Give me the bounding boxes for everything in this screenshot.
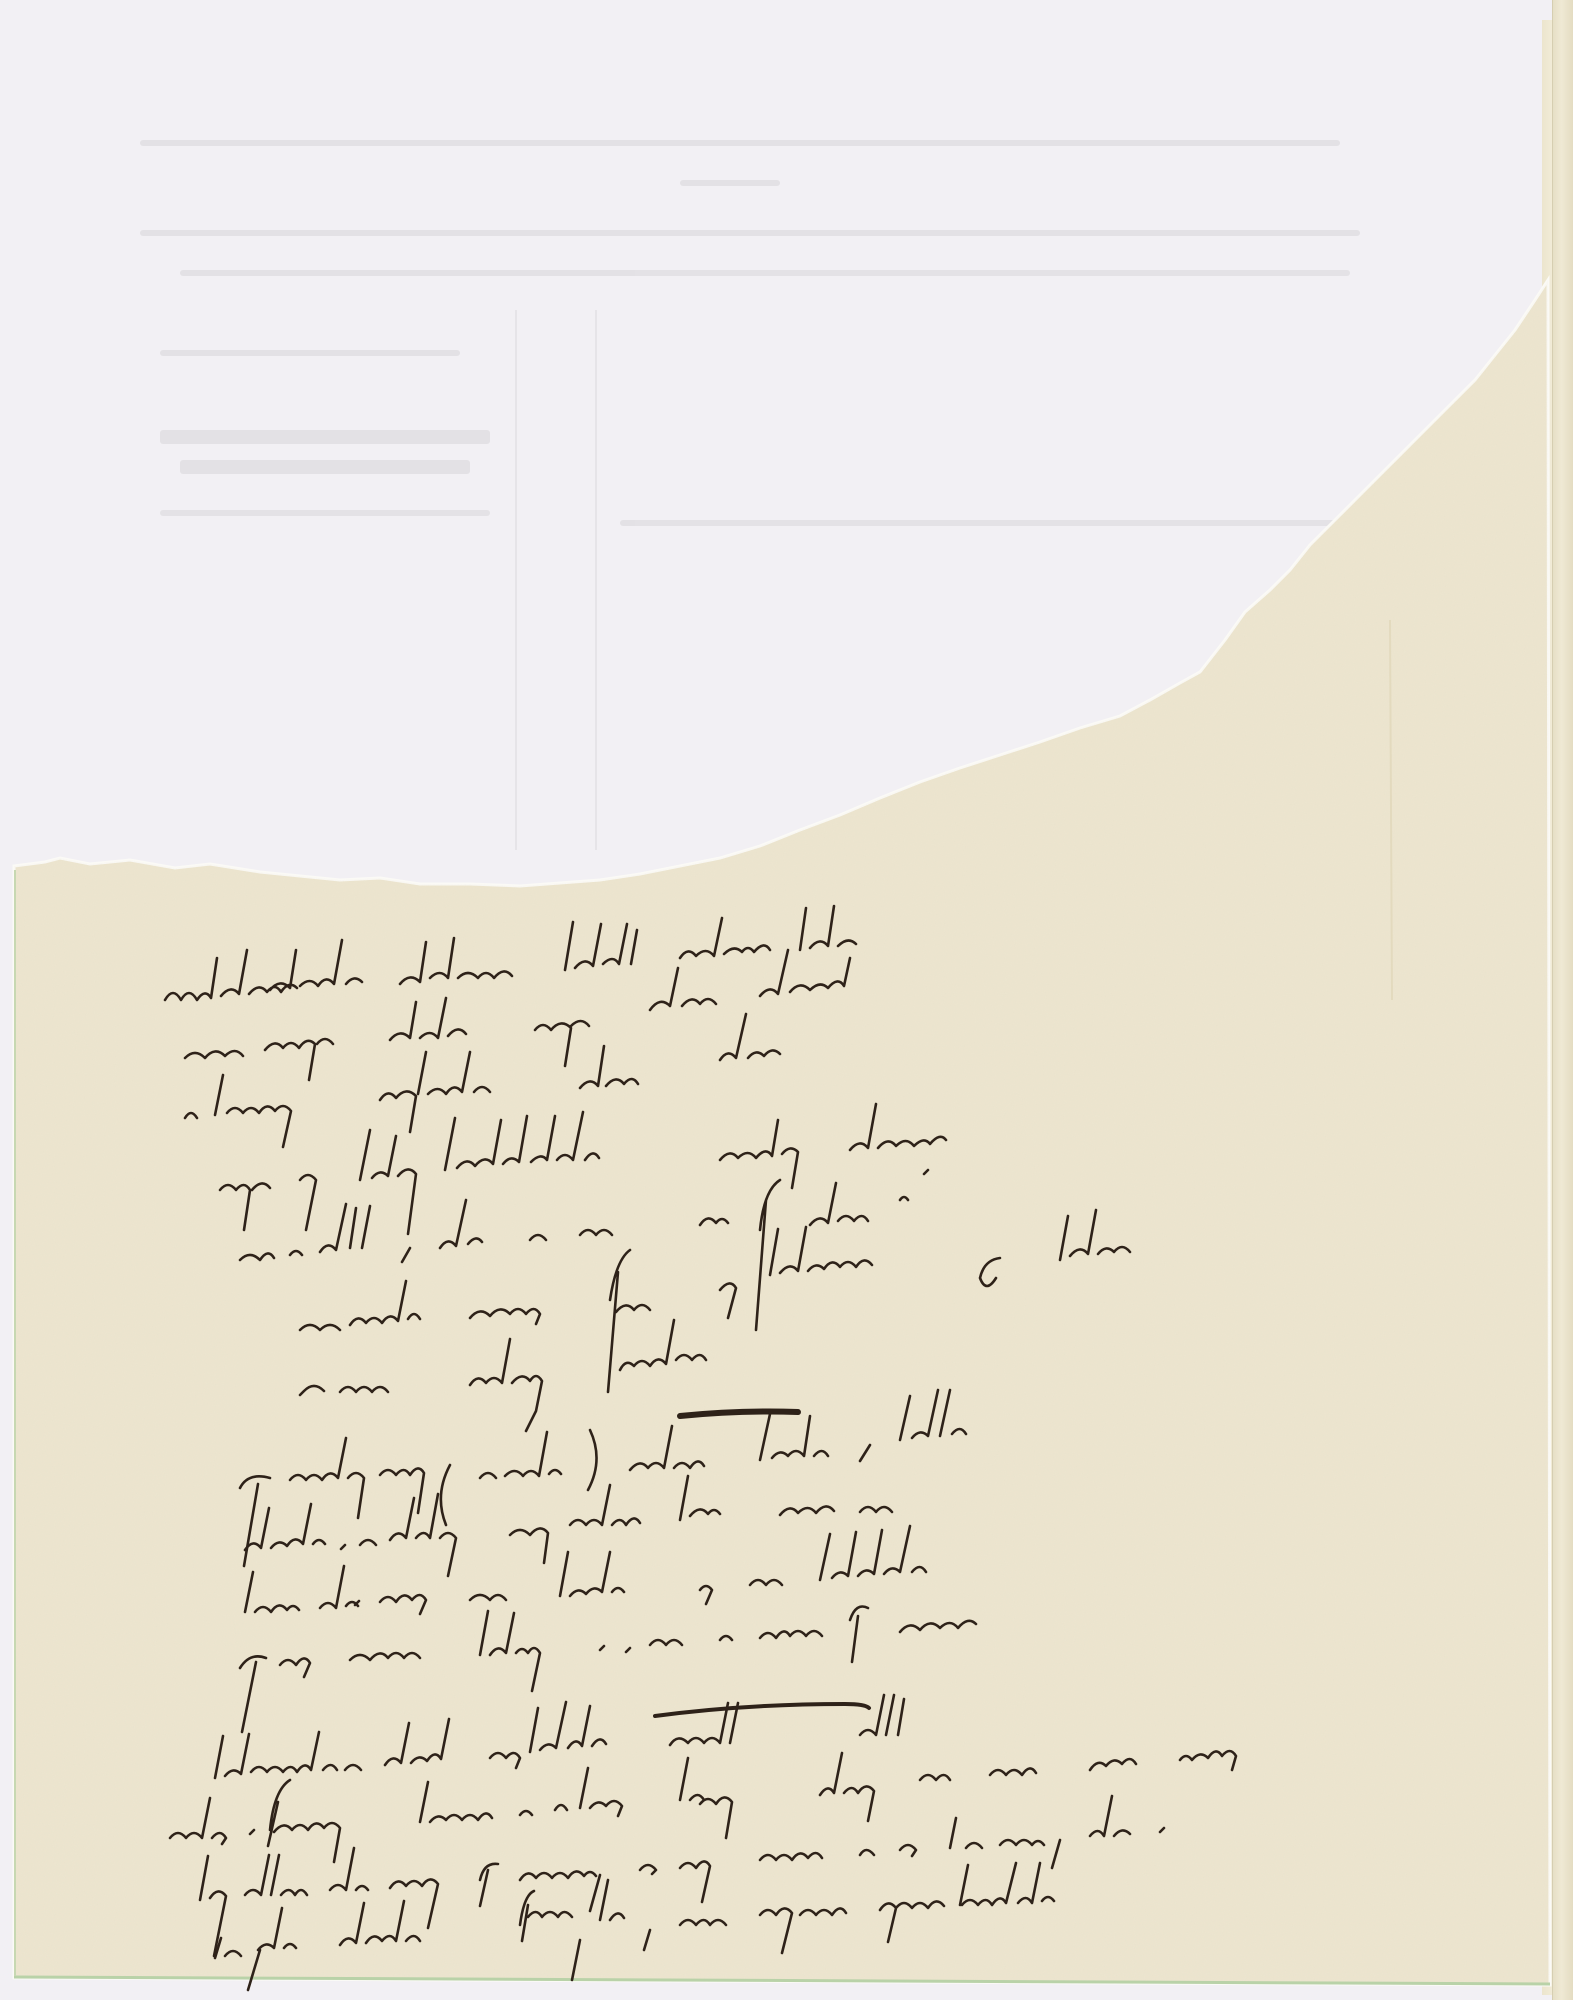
- handwriting-line: [170, 1751, 1236, 1862]
- handwriting: [0, 0, 1573, 2000]
- handwriting-line: [240, 1170, 928, 1330]
- handwriting-line: [240, 1390, 966, 1566]
- handwriting-line: [220, 1104, 946, 1234]
- paragraph-1: [165, 906, 1130, 1431]
- handwriting-line: [215, 1695, 904, 1778]
- handwriting-line: [245, 1476, 892, 1576]
- handwriting-line: [185, 950, 850, 1080]
- handwriting-line: [300, 1210, 1130, 1392]
- handwriting-line: [200, 1796, 1164, 1956]
- handwriting-line: [215, 1863, 1054, 1990]
- divider-stroke: [680, 1412, 798, 1417]
- paragraph-3: [170, 1695, 1236, 1990]
- handwriting-line: [185, 1014, 780, 1147]
- handwriting-line: [245, 1526, 926, 1614]
- handwriting-line: [165, 906, 856, 1000]
- paragraph-2: [240, 1390, 976, 1732]
- handwriting-line: [240, 1607, 976, 1733]
- handwriting-line: [300, 1320, 706, 1431]
- divider-stroke: [655, 1704, 869, 1716]
